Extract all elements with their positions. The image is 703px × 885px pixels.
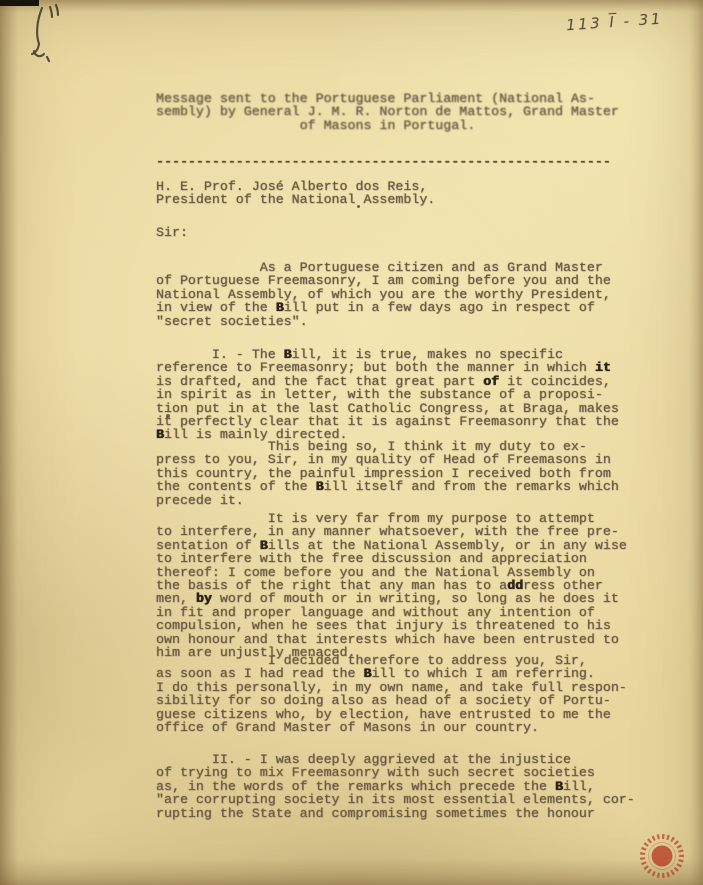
recipient-address: H. E. Prof. José Alberto dos Reis, Presi…	[156, 180, 435, 207]
archive-number: 113 I̅ - 31	[565, 10, 663, 35]
paragraph-section-1: I. - The Bill, it is true, makes no spec…	[156, 348, 619, 442]
paragraph-section-1-decided: I decided therefore to address you, Sir,…	[156, 654, 627, 734]
ink-speck	[357, 205, 360, 208]
separator-line: ----------------------------------------…	[156, 155, 611, 168]
document-page: 113 I̅ - 31 Message sent to the Portugue…	[0, 0, 703, 885]
ink-speck	[166, 414, 170, 418]
paragraph-intro: As a Portuguese citizen and as Grand Mas…	[156, 261, 611, 328]
paragraph-section-2: II. - I was deeply aggrieved at the inju…	[156, 753, 635, 820]
salutation: Sir:	[156, 226, 188, 239]
handwritten-scribble	[22, 2, 74, 64]
paragraph-section-1-duty: This being so, I think it my duty to ex-…	[156, 440, 619, 507]
archive-stamp-icon	[633, 827, 691, 885]
document-heading: Message sent to the Portuguese Parliamen…	[156, 92, 619, 132]
paragraph-section-1-interfere: It is very far from my purpose to attemp…	[156, 512, 627, 659]
